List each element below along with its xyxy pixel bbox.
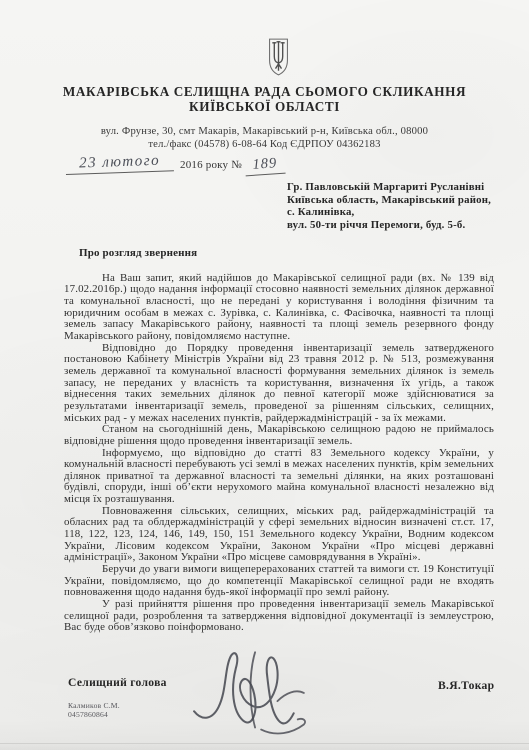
recipient-street: вул. 50-ти річчя Перемоги, буд. 5-б. xyxy=(287,219,502,232)
letter-paragraph: Інформуємо, що відповідно до статті 83 З… xyxy=(64,448,494,506)
letter-paragraph: На Ваш запит, який надійшов до Макарівсь… xyxy=(64,273,494,343)
letter-paragraph: Відповідно до Порядку проведення інвента… xyxy=(64,343,494,425)
org-title: МАКАРІВСЬКА СЕЛИЩНА РАДА СЬОМОГО СКЛИКАН… xyxy=(0,84,529,114)
paper-bottom-edge xyxy=(0,743,529,744)
letter-subject: Про розгляд звернення xyxy=(79,248,494,260)
scanned-official-letter: МАКАРІВСЬКА СЕЛИЩНА РАДА СЬОМОГО СКЛИКАН… xyxy=(0,0,529,750)
executor-footer: Калмиков С.М. 0457860864 xyxy=(68,701,120,719)
handwritten-date: 23 лютого xyxy=(65,152,174,175)
recipient-village: с. Калинівка, xyxy=(287,206,502,219)
letter-paragraph: У разі прийняття рішення про проведення … xyxy=(64,599,494,634)
executor-phone: 0457860864 xyxy=(68,710,120,719)
signer-name: В.Я.Токар xyxy=(438,679,494,692)
date-number-line: 23 лютого2016 року № 189 xyxy=(66,156,326,175)
letter-paragraph: Беручи до уваги вимоги вищеперерахованих… xyxy=(64,564,494,599)
org-title-line2: КИЇВСЬКОЇ ОБЛАСТІ xyxy=(0,99,529,114)
recipient-block: Гр. Павловській Маргариті Русланівні Киї… xyxy=(287,181,502,231)
org-address-line1: вул. Фрунзе, 30, смт Макарів, Макарівськ… xyxy=(0,126,529,139)
org-title-line1: МАКАРІВСЬКА СЕЛИЩНА РАДА СЬОМОГО СКЛИКАН… xyxy=(0,84,529,99)
letter-body: Про розгляд звернення На Ваш запит, який… xyxy=(64,248,494,634)
handwritten-doc-number: 189 xyxy=(244,155,285,177)
printed-date-label: 2016 року № xyxy=(180,159,242,171)
recipient-name: Гр. Павловській Маргариті Русланівні xyxy=(287,181,502,194)
letter-paragraph: Повноваження сільських, селищних, міськи… xyxy=(64,506,494,564)
signer-title: Селищний голова xyxy=(68,676,167,689)
org-address: вул. Фрунзе, 30, смт Макарів, Макарівськ… xyxy=(0,126,529,151)
ukraine-trident-emblem-icon xyxy=(268,38,289,76)
handwritten-signature xyxy=(190,645,312,745)
letter-paragraph: Станом на сьогоднішній день, Макарівсько… xyxy=(64,424,494,447)
org-address-line2: тел./факс (04578) 6-08-64 Код ЄДРПОУ 043… xyxy=(0,139,529,152)
executor-name: Калмиков С.М. xyxy=(68,701,120,710)
recipient-region: Київська область, Макарівський район, xyxy=(287,194,502,207)
